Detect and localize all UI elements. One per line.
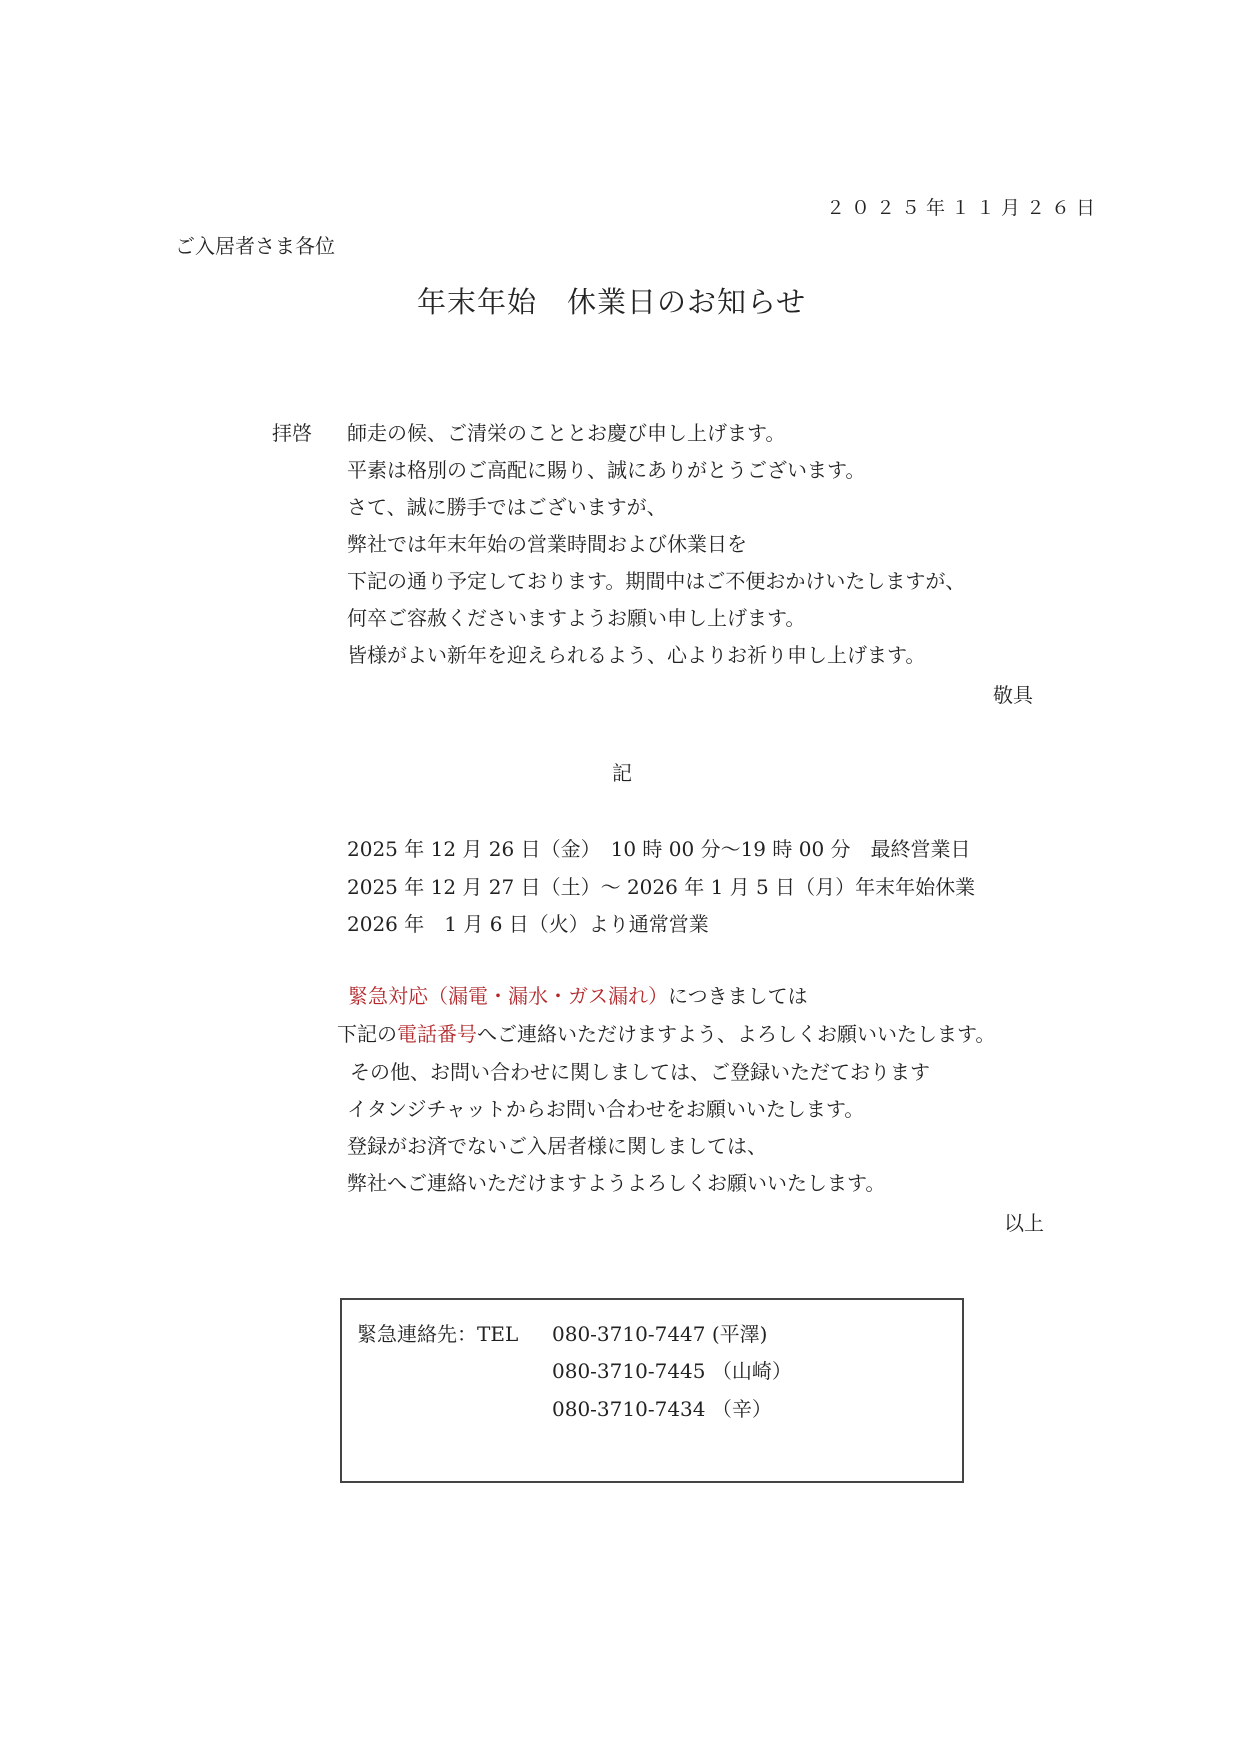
emergency-line: 緊急対応（漏電・漏水・ガス漏れ）につきましては	[348, 986, 808, 1006]
contact-phone: 080-3710-7445	[552, 1359, 706, 1383]
schedule-date: 2026 年 1 月 6 日（火）	[347, 912, 589, 936]
emergency-text: 下記の	[337, 1022, 397, 1046]
letter-line: 平素は格別のご高配に賜り、誠にありがとうございます。	[347, 460, 865, 480]
emergency-text: へご連絡いただけますよう、よろしくお願いいたします。	[477, 1022, 995, 1046]
contact-row: 080-3710-7445 （山崎）	[552, 1361, 792, 1381]
inquiry-line: その他、お問い合わせに関しましては、ご登録いただております	[350, 1062, 930, 1082]
contact-phone: 080-3710-7447	[552, 1322, 706, 1346]
opening-salutation: 拝啓	[272, 423, 312, 443]
letter-line: 下記の通り予定しております。期間中はご不便おかけいたしますが、	[347, 571, 965, 591]
phone-number-highlight: 電話番号	[397, 1022, 477, 1046]
notes-heading: 記	[612, 763, 632, 783]
emergency-text: につきましては	[668, 984, 808, 1008]
schedule-detail: ～ 2026 年 1 月 5 日（月）年末年始休業	[601, 875, 976, 899]
inquiry-line: 登録がお済でないご入居者様に関しましては、	[347, 1136, 767, 1156]
letter-line: 師走の候、ご清栄のこととお慶び申し上げます。	[347, 423, 785, 443]
inquiry-line: 弊社へご連絡いただけますようよろしくお願いいたします。	[347, 1173, 885, 1193]
letter-line: 何卒ご容赦くださいますようお願い申し上げます。	[347, 608, 805, 628]
contact-name: （辛）	[712, 1397, 772, 1421]
contact-row: 080-3710-7434 （辛）	[552, 1399, 772, 1419]
schedule-row: 2026 年 1 月 6 日（火）より通常営業	[347, 914, 709, 934]
emergency-types: 緊急対応（漏電・漏水・ガス漏れ）	[348, 984, 668, 1008]
document-date: ２０２５年１１月２６日	[826, 199, 1101, 218]
contact-row: 080-3710-7447 (平澤)	[552, 1324, 767, 1344]
schedule-detail: より通常営業	[589, 912, 709, 936]
letter-line: 弊社では年末年始の営業時間および休業日を	[347, 534, 747, 554]
recipient: ご入居者さま各位	[175, 236, 335, 256]
schedule-date: 2025 年 12 月 27 日（土）	[347, 875, 601, 899]
letter-line: 皆様がよい新年を迎えられるよう、心よりお祈り申し上げます。	[347, 645, 925, 665]
contact-label: 緊急連絡先：TEL	[357, 1324, 518, 1344]
letter-line: さて、誠に勝手ではございますが、	[347, 497, 667, 517]
inquiry-line: イタンジチャットからお問い合わせをお願いいたします。	[347, 1099, 864, 1119]
schedule-row: 2025 年 12 月 27 日（土）～ 2026 年 1 月 5 日（月）年末…	[347, 877, 975, 897]
schedule-row: 2025 年 12 月 26 日（金） 10 時 00 分～19 時 00 分 …	[347, 839, 971, 859]
closing-salutation: 敬具	[993, 685, 1033, 705]
schedule-detail: 10 時 00 分～19 時 00 分 最終営業日	[591, 837, 971, 861]
schedule-date: 2025 年 12 月 26 日（金）	[347, 837, 591, 861]
page-title: 年末年始 休業日のお知らせ	[417, 288, 806, 317]
end-mark: 以上	[1004, 1213, 1044, 1233]
emergency-line: 下記の電話番号へご連絡いただけますよう、よろしくお願いいたします。	[337, 1024, 995, 1044]
contact-name: (平澤)	[712, 1322, 768, 1346]
contact-name: （山崎）	[712, 1359, 792, 1383]
contact-phone: 080-3710-7434	[552, 1397, 706, 1421]
